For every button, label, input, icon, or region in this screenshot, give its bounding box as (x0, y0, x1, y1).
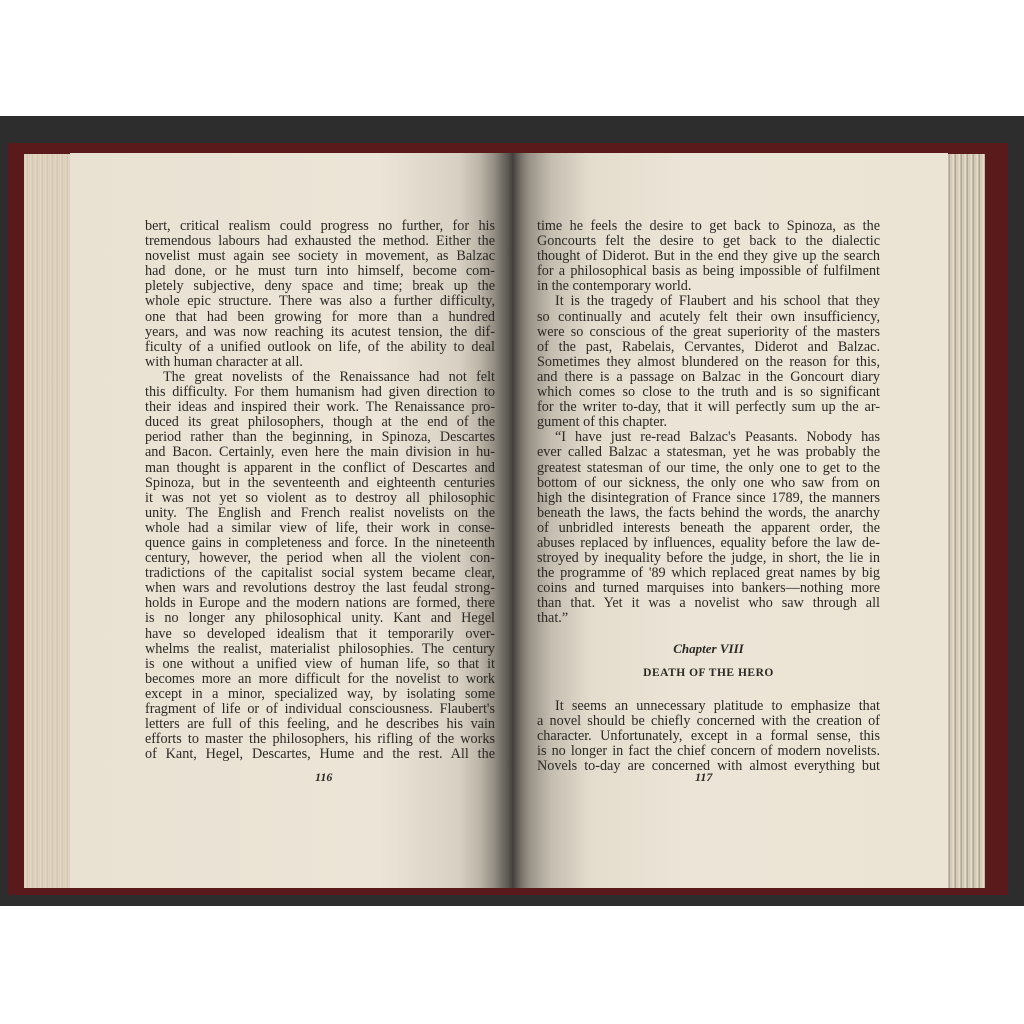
text-line: Spinoza, but in the seventeenth and eigh… (145, 476, 495, 491)
text-line: is one without a unified view of human l… (145, 657, 495, 672)
text-line: The great novelists of the Renaissance h… (145, 370, 495, 385)
text-line: becomes more an more difficult for the n… (145, 672, 495, 687)
text-line: novelist must again see society in movem… (145, 249, 495, 264)
text-line: a novel should be chiefly concerned with… (537, 714, 880, 729)
chapter-title: DEATH OF THE HERO (537, 666, 880, 681)
text-line: of Kant, Hegel, Descartes, Hume and the … (145, 747, 495, 762)
text-line: tradictions of the capitalist social sys… (145, 566, 495, 581)
text-line: had done, or he must turn into himself, … (145, 264, 495, 279)
quote-line: abuses replaced by influences, equality … (537, 536, 880, 551)
quote-line: “I have just re-read Balzac's Peasants. … (537, 430, 880, 445)
text-line: Sometimes they almost blundered on the r… (537, 355, 880, 370)
quote-line: coins and turned marquises into bankers—… (537, 581, 880, 596)
text-line: years, and was now reaching its acutest … (145, 325, 495, 340)
text-line: thought of Diderot. But in the end they … (537, 249, 880, 264)
text-line: tremendous labours had exhausted the met… (145, 234, 495, 249)
text-line: gument of this chapter. (537, 415, 880, 430)
text-line: for a philosophical basis as being impos… (537, 264, 880, 279)
text-line: so continually and acutely felt their ow… (537, 310, 880, 325)
right-page-body: time he feels the desire to get back to … (537, 219, 880, 774)
quote-line: beneath the laws, the facts behind the w… (537, 506, 880, 521)
text-line: and Bacon. Certainly, even here the main… (145, 445, 495, 460)
quote-line: bottom of our sickness, the only one who… (537, 476, 880, 491)
text-line: except in a minor, specialized way, by i… (145, 687, 495, 702)
text-line: of the past, Rabelais, Cervantes, Didero… (537, 340, 880, 355)
text-line: It seems an unnecessary platitude to emp… (537, 699, 880, 714)
text-line: quence gains in completeness and force. … (145, 536, 495, 551)
page-number-right: 117 (695, 770, 712, 785)
text-line: is no longer in fact the chief concern o… (537, 744, 880, 759)
text-line: for the writer to-day, that it will perf… (537, 400, 880, 415)
left-page-body: bert, critical realism could progress no… (145, 219, 495, 762)
text-line: character. Unfortunately, except in a fo… (537, 729, 880, 744)
text-line: century, however, the period when all th… (145, 551, 495, 566)
text-line: bert, critical realism could progress no… (145, 219, 495, 234)
text-line: ficulty of a unified outlook on life, of… (145, 340, 495, 355)
text-line: one that had been growing for more than … (145, 310, 495, 325)
page-stack-left (24, 154, 74, 888)
text-line: period rather than the beginning, in Spi… (145, 430, 495, 445)
text-line: holds in Europe and the modern nations a… (145, 596, 495, 611)
quote-line: the programme of '89 which replaced grea… (537, 566, 880, 581)
text-line: duced its great philosophers, though at … (145, 415, 495, 430)
text-line: when wars and revolutions destroy the la… (145, 581, 495, 596)
quote-line: ever called Balzac a statesman, yet he w… (537, 445, 880, 460)
text-line: whole epic structure. There was also a f… (145, 294, 495, 309)
quote-line: high the disintegration of France since … (537, 491, 880, 506)
text-line: in the contemporary world. (537, 279, 880, 294)
text-line: Goncourts felt the desire to get back to… (537, 234, 880, 249)
text-line: whole had a similar view of life, their … (145, 521, 495, 536)
text-line: efforts to master the philosophers, his … (145, 732, 495, 747)
quote-line: of unbridled interests beneath the appar… (537, 521, 880, 536)
text-line: fragment of life or of individual consci… (145, 702, 495, 717)
text-line: man thought is apparent in the conflict … (145, 461, 495, 476)
text-line: were so conscious of the great superiori… (537, 325, 880, 340)
text-line: unity. The English and French realist no… (145, 506, 495, 521)
text-line: it was not yet so violent as to destroy … (145, 491, 495, 506)
chapter-label: Chapter VIII (537, 641, 880, 656)
quote-line: greatest statesman of our time, the only… (537, 461, 880, 476)
quote-line: than that. Yet it was a novelist who saw… (537, 596, 880, 611)
text-line: pletely subjective, deny space and time;… (145, 279, 495, 294)
text-line: their ideas and inspired their work. The… (145, 400, 495, 415)
text-line: time he feels the desire to get back to … (537, 219, 880, 234)
text-line: whelms the realist, materialist philosop… (145, 642, 495, 657)
text-line: have so developed idealism that it tempo… (145, 627, 495, 642)
text-line: with human character at all. (145, 355, 495, 370)
text-line: is no longer any philosophical unity. Ka… (145, 611, 495, 626)
quote-line: stroyed by inequality before the judge, … (537, 551, 880, 566)
text-line: which comes so close to the truth and is… (537, 385, 880, 400)
text-line: and there is a passage on Balzac in the … (537, 370, 880, 385)
text-line: It is the tragedy of Flaubert and his sc… (537, 294, 880, 309)
page-stack-right (945, 154, 985, 888)
quote-line: that.” (537, 611, 880, 626)
page-number-left: 116 (315, 770, 332, 785)
text-line: letters are full of this feeling, and he… (145, 717, 495, 732)
text-line: this difficulty. For them humanism had g… (145, 385, 495, 400)
